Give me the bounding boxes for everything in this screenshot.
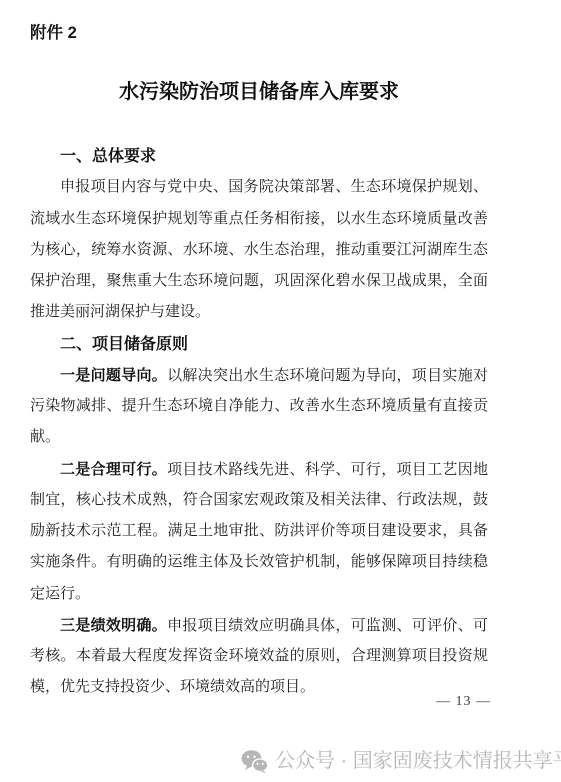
principle-2-lead: 二是合理可行。 bbox=[60, 461, 167, 478]
document-title: 水污染防治项目储备库入库要求 bbox=[30, 79, 488, 105]
body-line: 实施条件。有明确的运维主体及长效管护机制，能够保障项目持续稳 bbox=[30, 547, 488, 578]
wechat-icon bbox=[241, 749, 268, 774]
body-line: 定运行。 bbox=[30, 579, 488, 610]
section-1-heading: 一、总体要求 bbox=[30, 141, 488, 172]
document-page: 附件 2 水污染防治项目储备库入库要求 一、总体要求 申报项目内容与党中央、国务… bbox=[0, 0, 561, 782]
body-line: 保护治理，聚焦重大生态环境问题，巩固深化碧水保卫战成果，全面 bbox=[30, 266, 488, 297]
document-body: 一、总体要求 申报项目内容与党中央、国务院决策部署、生态环境保护规划、 流域水生… bbox=[30, 141, 488, 704]
body-text: 申报项目绩效应明确具体，可监测、可评价、可 bbox=[167, 618, 488, 634]
body-line: 三是绩效明确。申报项目绩效应明确具体，可监测、可评价、可 bbox=[30, 610, 488, 641]
body-line: 流域水生态环境保护规划等重点任务相衔接，以水生态环境质量改善 bbox=[30, 204, 488, 235]
section-2-heading: 二、项目储备原则 bbox=[30, 329, 488, 360]
body-line: 为核心，统筹水资源、水环境、水生态治理，推动重要江河湖库生态 bbox=[30, 235, 488, 266]
attachment-label: 附件 2 bbox=[30, 21, 77, 45]
page-number: — 13 — bbox=[436, 692, 491, 712]
watermark-label: 公众号 · 国家固废技术情报共享平台 bbox=[275, 748, 561, 774]
body-line: 推进美丽河湖保护与建设。 bbox=[30, 297, 488, 328]
body-text: 以解决突出水生态环境问题为导向，项目实施对 bbox=[167, 368, 488, 384]
principle-3-lead: 三是绩效明确。 bbox=[60, 617, 167, 634]
body-line: 污染物减排、提升生态环境自净能力、改善水生态环境质量有直接贡 bbox=[30, 391, 488, 422]
body-line: 一是问题导向。以解决突出水生态环境问题为导向，项目实施对 bbox=[30, 360, 488, 391]
principle-1-lead: 一是问题导向。 bbox=[60, 367, 167, 384]
body-line: 二是合理可行。项目技术路线先进、科学、可行，项目工艺因地 bbox=[30, 454, 488, 485]
body-text: 项目技术路线先进、科学、可行，项目工艺因地 bbox=[167, 462, 488, 478]
watermark: 公众号 · 国家固废技术情报共享平台 bbox=[241, 748, 561, 774]
body-line: 考核。本着最大程度发挥资金环境效益的原则，合理测算项目投资规 bbox=[30, 641, 488, 672]
body-line: 制宜，核心技术成熟，符合国家宏观政策及相关法律、行政法规，鼓 bbox=[30, 485, 488, 516]
body-line: 模，优先支持投资少、环境绩效高的项目。 bbox=[30, 672, 488, 703]
body-line: 献。 bbox=[30, 422, 488, 453]
body-line: 申报项目内容与党中央、国务院决策部署、生态环境保护规划、 bbox=[30, 172, 488, 203]
body-line: 励新技术示范工程。满足土地审批、防洪评价等项目建设要求，具备 bbox=[30, 516, 488, 547]
